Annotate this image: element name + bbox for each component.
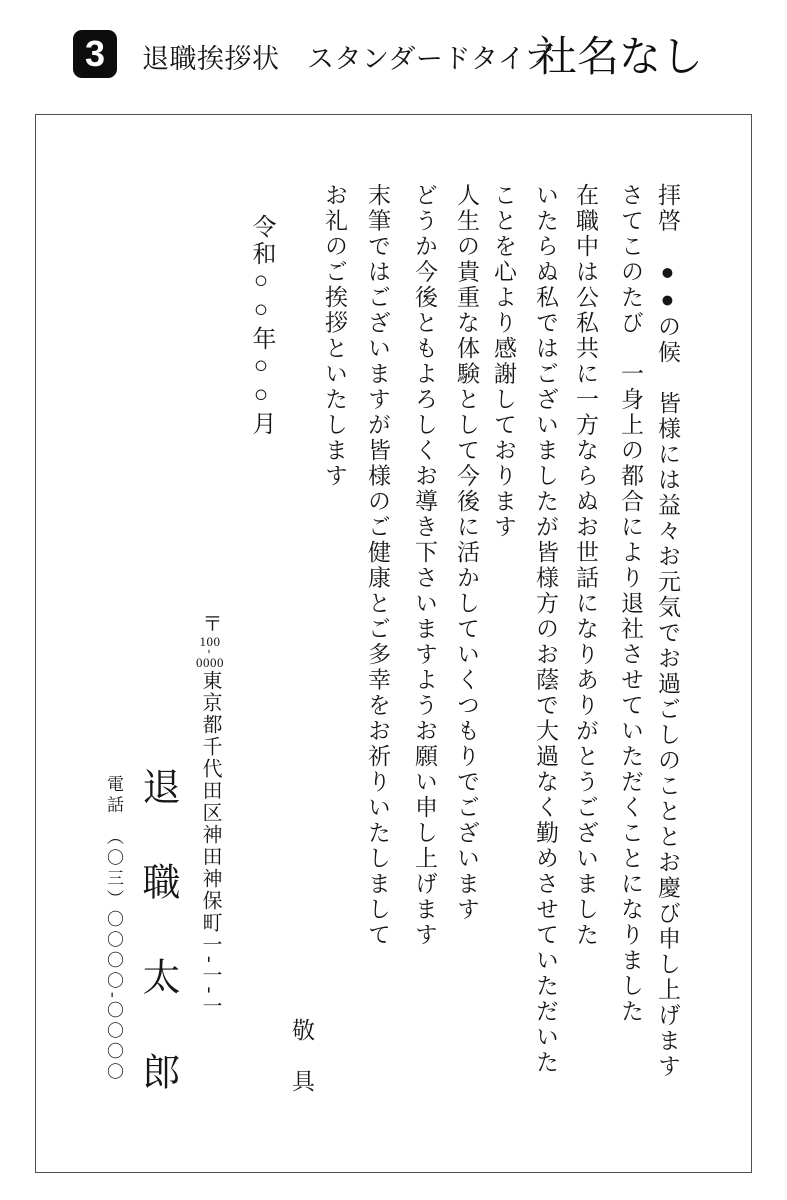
postal-code-lower: 0000 [196,656,224,670]
letter-line: ことを心より感謝しております [492,183,515,540]
sender-address: 〒100‐0000東京都千代田区神田神保町一‐一‐一 [196,613,224,1017]
sender-name: 退職太郎 [138,767,176,1147]
letter-line: どうか今後ともよろしくお導き下さいますようお願い申し上げます [413,183,436,948]
letter-line: さてこのたび 一身上の都合により退社させていただくことになりました [619,183,642,1025]
letter-line: いたらぬ私ではございましたが皆様方のお蔭で大過なく勤めさせていただいた [534,183,557,1076]
closing-keigu: 敬 具 [290,1018,313,1095]
sender-phone: 電話 （〇三）〇〇〇〇‐〇〇〇〇 [105,775,122,1083]
badge-number: 3 [85,33,105,75]
letter-date: 令和○○年○○月 [249,214,273,438]
letter-line: 在職中は公私共に一方ならぬお世話になりありがとうございました [574,183,597,948]
postal-mark: 〒 [199,613,221,635]
page-title: 退職挨拶状 スタンダードタイプ [142,46,552,73]
letter-card: 拝啓 ●●の候 皆様には益々お元気でお過ごしのこととお慶び申し上げます さてこの… [35,114,752,1173]
street-address: 東京都千代田区神田神保町一‐一‐一 [199,670,221,1017]
letter-line: お礼のご挨拶といたします [323,183,346,489]
letter-line: 人生の貴重な体験として今後に活かしていくつもりでございます [455,183,478,923]
page-subtitle: 社名なし [535,36,703,78]
letter-line: 拝啓 ●●の候 皆様には益々お元気でお過ごしのこととお慶び申し上げます [656,183,679,1080]
letter-line: 末筆ではございますが皆様のご健康とご多幸をお祈りいたしまして [366,183,389,948]
postal-code-upper: 100 [200,635,221,649]
number-badge: 3 [73,30,117,78]
